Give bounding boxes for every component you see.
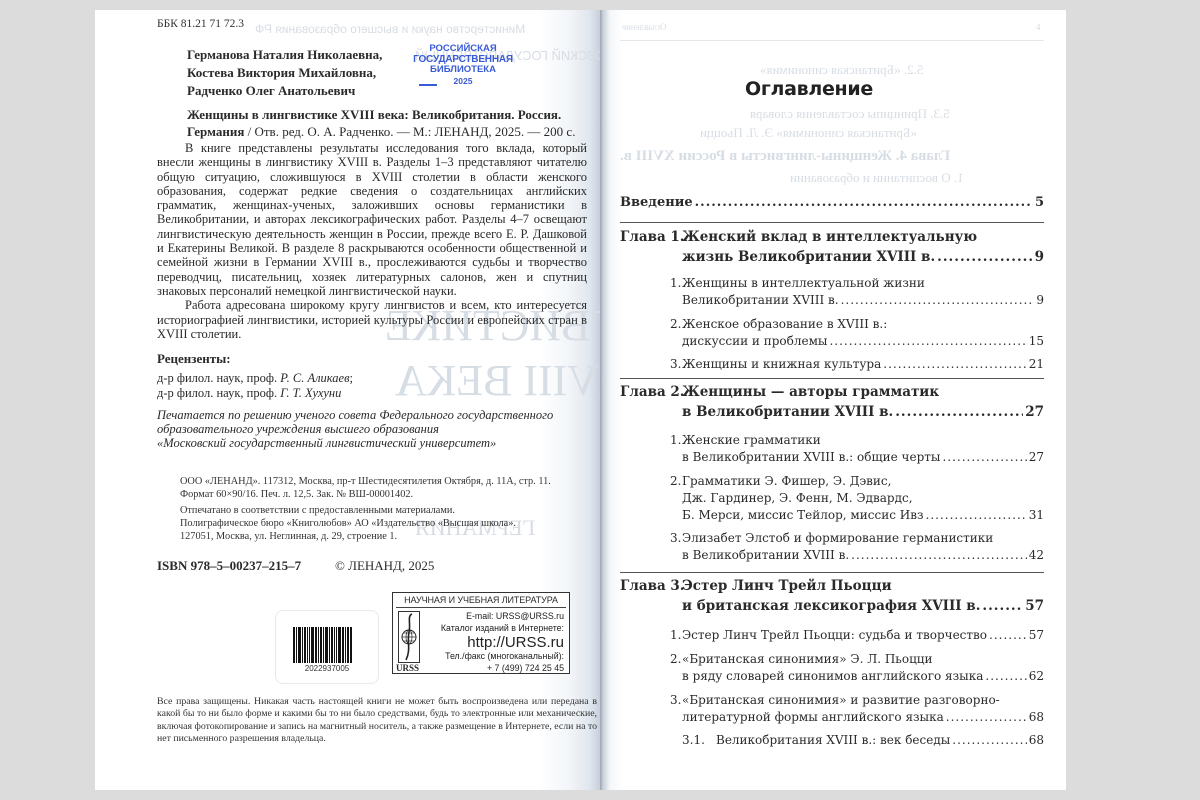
urss-email: E-mail: URSS@URSS.ru <box>441 611 564 623</box>
toc-page-number: 9 <box>1036 292 1044 309</box>
bleed-through-text: 1. О воспитании и образовании <box>790 170 964 186</box>
chapter-title-line: и британская лексикография XVIII в. <box>682 596 980 616</box>
leader-dots <box>952 732 1026 749</box>
leader-dots <box>851 547 1027 564</box>
section-title-line: в Великобритании XVIII в.: общие черты <box>682 449 940 466</box>
toc-section[interactable]: 3. Женщины и книжная культура21 <box>620 356 1044 373</box>
separator: ; <box>350 371 353 385</box>
toc-section[interactable]: 3. «Британская синонимия» и развитие раз… <box>620 692 1044 726</box>
leader-dots <box>937 247 1032 267</box>
leader-dots <box>926 507 1027 524</box>
section-title-line: Великобритания XVIII в.: век беседы <box>716 732 950 749</box>
toc-page-number: 57 <box>1025 596 1044 616</box>
chapter-title-line: в Великобритании XVIII в. <box>682 402 893 422</box>
toc-divider <box>620 378 1044 379</box>
leader-dots <box>883 356 1026 373</box>
toc-page-number: 57 <box>1029 627 1044 644</box>
reviewer-degree: д-р филол. наук, проф. <box>157 386 280 400</box>
toc-section[interactable]: 2. Женское образование в XVIII в.: диску… <box>620 316 1044 350</box>
author-name: Костева Виктория Михайловна, <box>187 64 382 82</box>
reviewers-list: д-р филол. наук, проф. Р. С. Аликаев; д-… <box>157 371 353 401</box>
chapter-label: Глава 1. <box>620 227 685 247</box>
isbn: ISBN 978–5–00237–215–7 <box>157 558 301 574</box>
section-title-line: Грамматики Э. Фишер, Э. Дэвис, <box>682 473 1044 490</box>
reviewer-name: Р. С. Аликаев <box>280 371 349 385</box>
leader-dots <box>841 292 1035 309</box>
reviewer: д-р филол. наук, проф. Г. Т. Хухуни <box>157 386 353 401</box>
bleed-through-text: «Британская синонимия» Э. Л. Пьоцци <box>700 125 917 141</box>
abstract-paragraph: В книге представлены результаты исследов… <box>157 141 587 298</box>
section-title-line: дискуссии и проблемы <box>682 333 827 350</box>
reviewer: д-р филол. наук, проф. Р. С. Аликаев; <box>157 371 353 386</box>
section-number: 3. <box>670 356 681 373</box>
barcode-number: 2022937005 <box>276 664 378 673</box>
urss-catalog-label: Каталог изданий в Интернете: <box>441 623 564 635</box>
abstract-paragraph: Работа адресована широкому кругу лингвис… <box>157 298 587 341</box>
urss-phone-label: Тел./факс (многоканальный): <box>441 651 564 663</box>
toc-page-number: 68 <box>1029 732 1044 749</box>
section-title-line: Элизабет Элстоб и формирование германист… <box>682 530 1044 547</box>
toc-page-number: 68 <box>1029 709 1044 726</box>
abstract: В книге представлены результаты исследов… <box>157 141 587 341</box>
section-number: 2. <box>670 473 681 490</box>
barcode-icon <box>293 627 361 663</box>
toc-chapter-1[interactable]: Глава 1. Женский вклад в интеллектуальну… <box>620 227 1044 269</box>
bleed-through-text: XVIII ВЕКА <box>395 355 600 406</box>
urss-contact-lines: E-mail: URSS@URSS.ru Каталог изданий в И… <box>441 611 564 674</box>
section-title-line: Женские грамматики <box>682 432 1044 449</box>
reviewers-heading: Рецензенты: <box>157 351 231 367</box>
section-title-line: Эстер Линч Трейл Пьоцци: судьба и творче… <box>682 627 987 644</box>
toc-divider <box>620 222 1044 223</box>
urss-phone: + 7 (499) 724 25 45 <box>441 663 564 675</box>
section-number: 2. <box>670 651 681 668</box>
section-number: 3. <box>670 692 681 709</box>
reviewer-name: Г. Т. Хухуни <box>280 386 341 400</box>
urss-globe-logo-icon <box>398 611 420 663</box>
leader-dots <box>695 195 1033 210</box>
leader-dots <box>829 333 1026 350</box>
leader-dots <box>942 449 1026 466</box>
section-title-line: в ряду словарей синонимов английского яз… <box>682 668 983 685</box>
copyright: © ЛЕНАНД, 2025 <box>335 558 434 574</box>
bleed-through-rule <box>620 40 1044 41</box>
book-imprint-line: / Отв. ред. О. А. Радченко. — М.: ЛЕНАНД… <box>244 124 575 139</box>
decision-line: Печатается по решению ученого совета Фед… <box>157 408 597 422</box>
toc-subsection[interactable]: 3.1. Великобритания XVIII в.: век беседы… <box>620 732 1044 749</box>
leader-dots <box>982 596 1023 616</box>
leader-dots <box>985 668 1026 685</box>
toc-page-number: 9 <box>1035 247 1044 267</box>
chapter-title-line: Эстер Линч Трейл Пьоцци <box>682 576 1044 596</box>
toc-chapter-3[interactable]: Глава 3. Эстер Линч Трейл Пьоцци и брита… <box>620 576 1044 618</box>
printer-line: Отпечатано в соответствии с предоставлен… <box>180 504 516 517</box>
chapter-label: Глава 3. <box>620 576 685 596</box>
authors-list: Германова Наталия Николаевна, Костева Ви… <box>187 46 382 100</box>
toc-page-number: 5 <box>1035 195 1044 210</box>
section-title-line: «Британская синонимия» Э. Л. Пьоцци <box>682 651 1044 668</box>
urss-box-header: НАУЧНАЯ И УЧЕБНАЯ ЛИТЕРАТУРА <box>396 595 566 608</box>
stamp-line: БИБЛИОТЕКА <box>413 65 513 76</box>
barcode-sticker: 2022937005 <box>275 610 379 684</box>
toc-entry-label: Введение <box>620 195 693 210</box>
section-title-line: Дж. Гардинер, Э. Фенн, М. Эдвардс, <box>682 490 1044 507</box>
bleed-through-text: Глава 4. Женщины-лингвисты в России XVII… <box>620 148 950 165</box>
bleed-through-text: 5.3. Принципы составления словаря <box>750 106 950 122</box>
author-name: Германова Наталия Николаевна, <box>187 46 382 64</box>
rights-notice: Все права защищены. Никакая часть настоя… <box>157 696 597 745</box>
toc-title: Оглавление <box>745 78 873 100</box>
toc-section[interactable]: 2. Грамматики Э. Фишер, Э. Дэвис, Дж. Га… <box>620 473 1044 524</box>
urss-url: http://URSS.ru <box>441 634 564 651</box>
toc-section[interactable]: 1. Женские грамматики в Великобритании X… <box>620 432 1044 466</box>
section-title-line: Женщины в интеллектуальной жизни <box>682 275 1044 292</box>
bleed-through-running-header: Оглавление <box>622 22 666 32</box>
section-number: 1. <box>670 432 681 449</box>
printer-line: 127051, Москва, ул. Неглинная, д. 29, ст… <box>180 530 516 543</box>
section-title-line: Женщины и книжная культура <box>682 356 881 373</box>
bleed-through-text: 5.2. «Британская синонимия» <box>760 62 923 78</box>
publication-decision: Печатается по решению ученого совета Фед… <box>157 408 597 450</box>
toc-page-number: 15 <box>1029 333 1044 350</box>
section-number: 3.1. <box>682 732 705 749</box>
toc-page-number: 62 <box>1029 668 1044 685</box>
chapter-title-line: Женский вклад в интеллектуальную <box>682 227 1044 247</box>
section-title-line: Женское образование в XVIII в.: <box>682 316 1044 333</box>
bibliographic-record: Женщины в лингвистике XVIII века: Велико… <box>187 106 587 140</box>
chapter-label: Глава 2. <box>620 382 685 402</box>
decision-line: образовательного учреждения высшего обра… <box>157 422 597 436</box>
toc-entry-introduction[interactable]: Введение 5 <box>620 195 1044 210</box>
section-title-line: Великобритании XVIII в. <box>682 292 839 309</box>
section-number: 1. <box>670 275 681 292</box>
section-number: 2. <box>670 316 681 333</box>
section-title-line: Б. Мерси, миссис Тейлор, миссис Ивз <box>682 507 924 524</box>
leader-dots <box>946 709 1027 726</box>
publisher-imprint: ООО «ЛЕНАНД». 117312, Москва, пр-т Шести… <box>180 475 551 501</box>
toc-divider <box>620 572 1044 573</box>
section-number: 3. <box>670 530 681 547</box>
imprint-line: Формат 60×90/16. Печ. л. 12,5. Зак. № ВШ… <box>180 488 551 501</box>
bbk-code: ББК 81.21 71 72.3 <box>157 18 244 30</box>
toc-page-number: 27 <box>1025 402 1044 422</box>
author-name: Радченко Олег Анатольевич <box>187 82 382 100</box>
library-stamp: РОССИЙСКАЯ ГОСУДАРСТВЕННАЯ БИБЛИОТЕКА 20… <box>413 44 513 86</box>
toc-page-number: 21 <box>1029 356 1044 373</box>
toc-page-number: 27 <box>1029 449 1044 466</box>
section-title-line: литературной формы английского языка <box>682 709 944 726</box>
toc-section[interactable]: 2. «Британская синонимия» Э. Л. Пьоцци в… <box>620 651 1044 685</box>
toc-chapter-2[interactable]: Глава 2. Женщины — авторы грамматик в Ве… <box>620 382 1044 424</box>
decision-line: «Московский государственный лингвистичес… <box>157 436 597 450</box>
toc-section[interactable]: 3. Элизабет Элстоб и формирование герман… <box>620 530 1044 564</box>
bleed-through-text: Министерство науки и высшего образования… <box>255 22 525 36</box>
stamp-mark-icon <box>419 78 437 86</box>
bleed-through-page-number: 4 <box>1036 22 1041 32</box>
section-title-line: «Британская синонимия» и развитие разгов… <box>682 692 1044 709</box>
reviewer-degree: д-р филол. наук, проф. <box>157 371 280 385</box>
chapter-title-line: жизнь Великобритании XVIII в. <box>682 247 935 267</box>
printer-info: Отпечатано в соответствии с предоставлен… <box>180 504 516 544</box>
left-page-copyright: Министерство науки и высшего образования… <box>95 10 600 790</box>
toc-section[interactable]: 1. Женщины в интеллектуальной жизни Вели… <box>620 275 1044 309</box>
toc-page-number: 31 <box>1029 507 1044 524</box>
leader-dots <box>989 627 1027 644</box>
leader-dots <box>895 402 1023 422</box>
urss-logo-label: URSS <box>396 663 419 673</box>
stamp-line: РОССИЙСКАЯ <box>413 44 513 55</box>
chapter-title-line: Женщины — авторы грамматик <box>682 382 1044 402</box>
printer-line: Полиграфическое бюро «Книголюбов» АО «Из… <box>180 517 516 530</box>
right-page-toc: Оглавление 4 5.2. «Британская синонимия»… <box>600 10 1066 790</box>
toc-page-number: 42 <box>1029 547 1044 564</box>
section-title-line: в Великобритании XVIII в. <box>682 547 849 564</box>
toc-section[interactable]: 1. Эстер Линч Трейл Пьоцци: судьба и тво… <box>620 627 1044 644</box>
publisher-info-box: НАУЧНАЯ И УЧЕБНАЯ ЛИТЕРАТУРА URSS E-mail… <box>392 592 570 674</box>
section-number: 1. <box>670 627 681 644</box>
imprint-line: ООО «ЛЕНАНД». 117312, Москва, пр-т Шести… <box>180 475 551 488</box>
